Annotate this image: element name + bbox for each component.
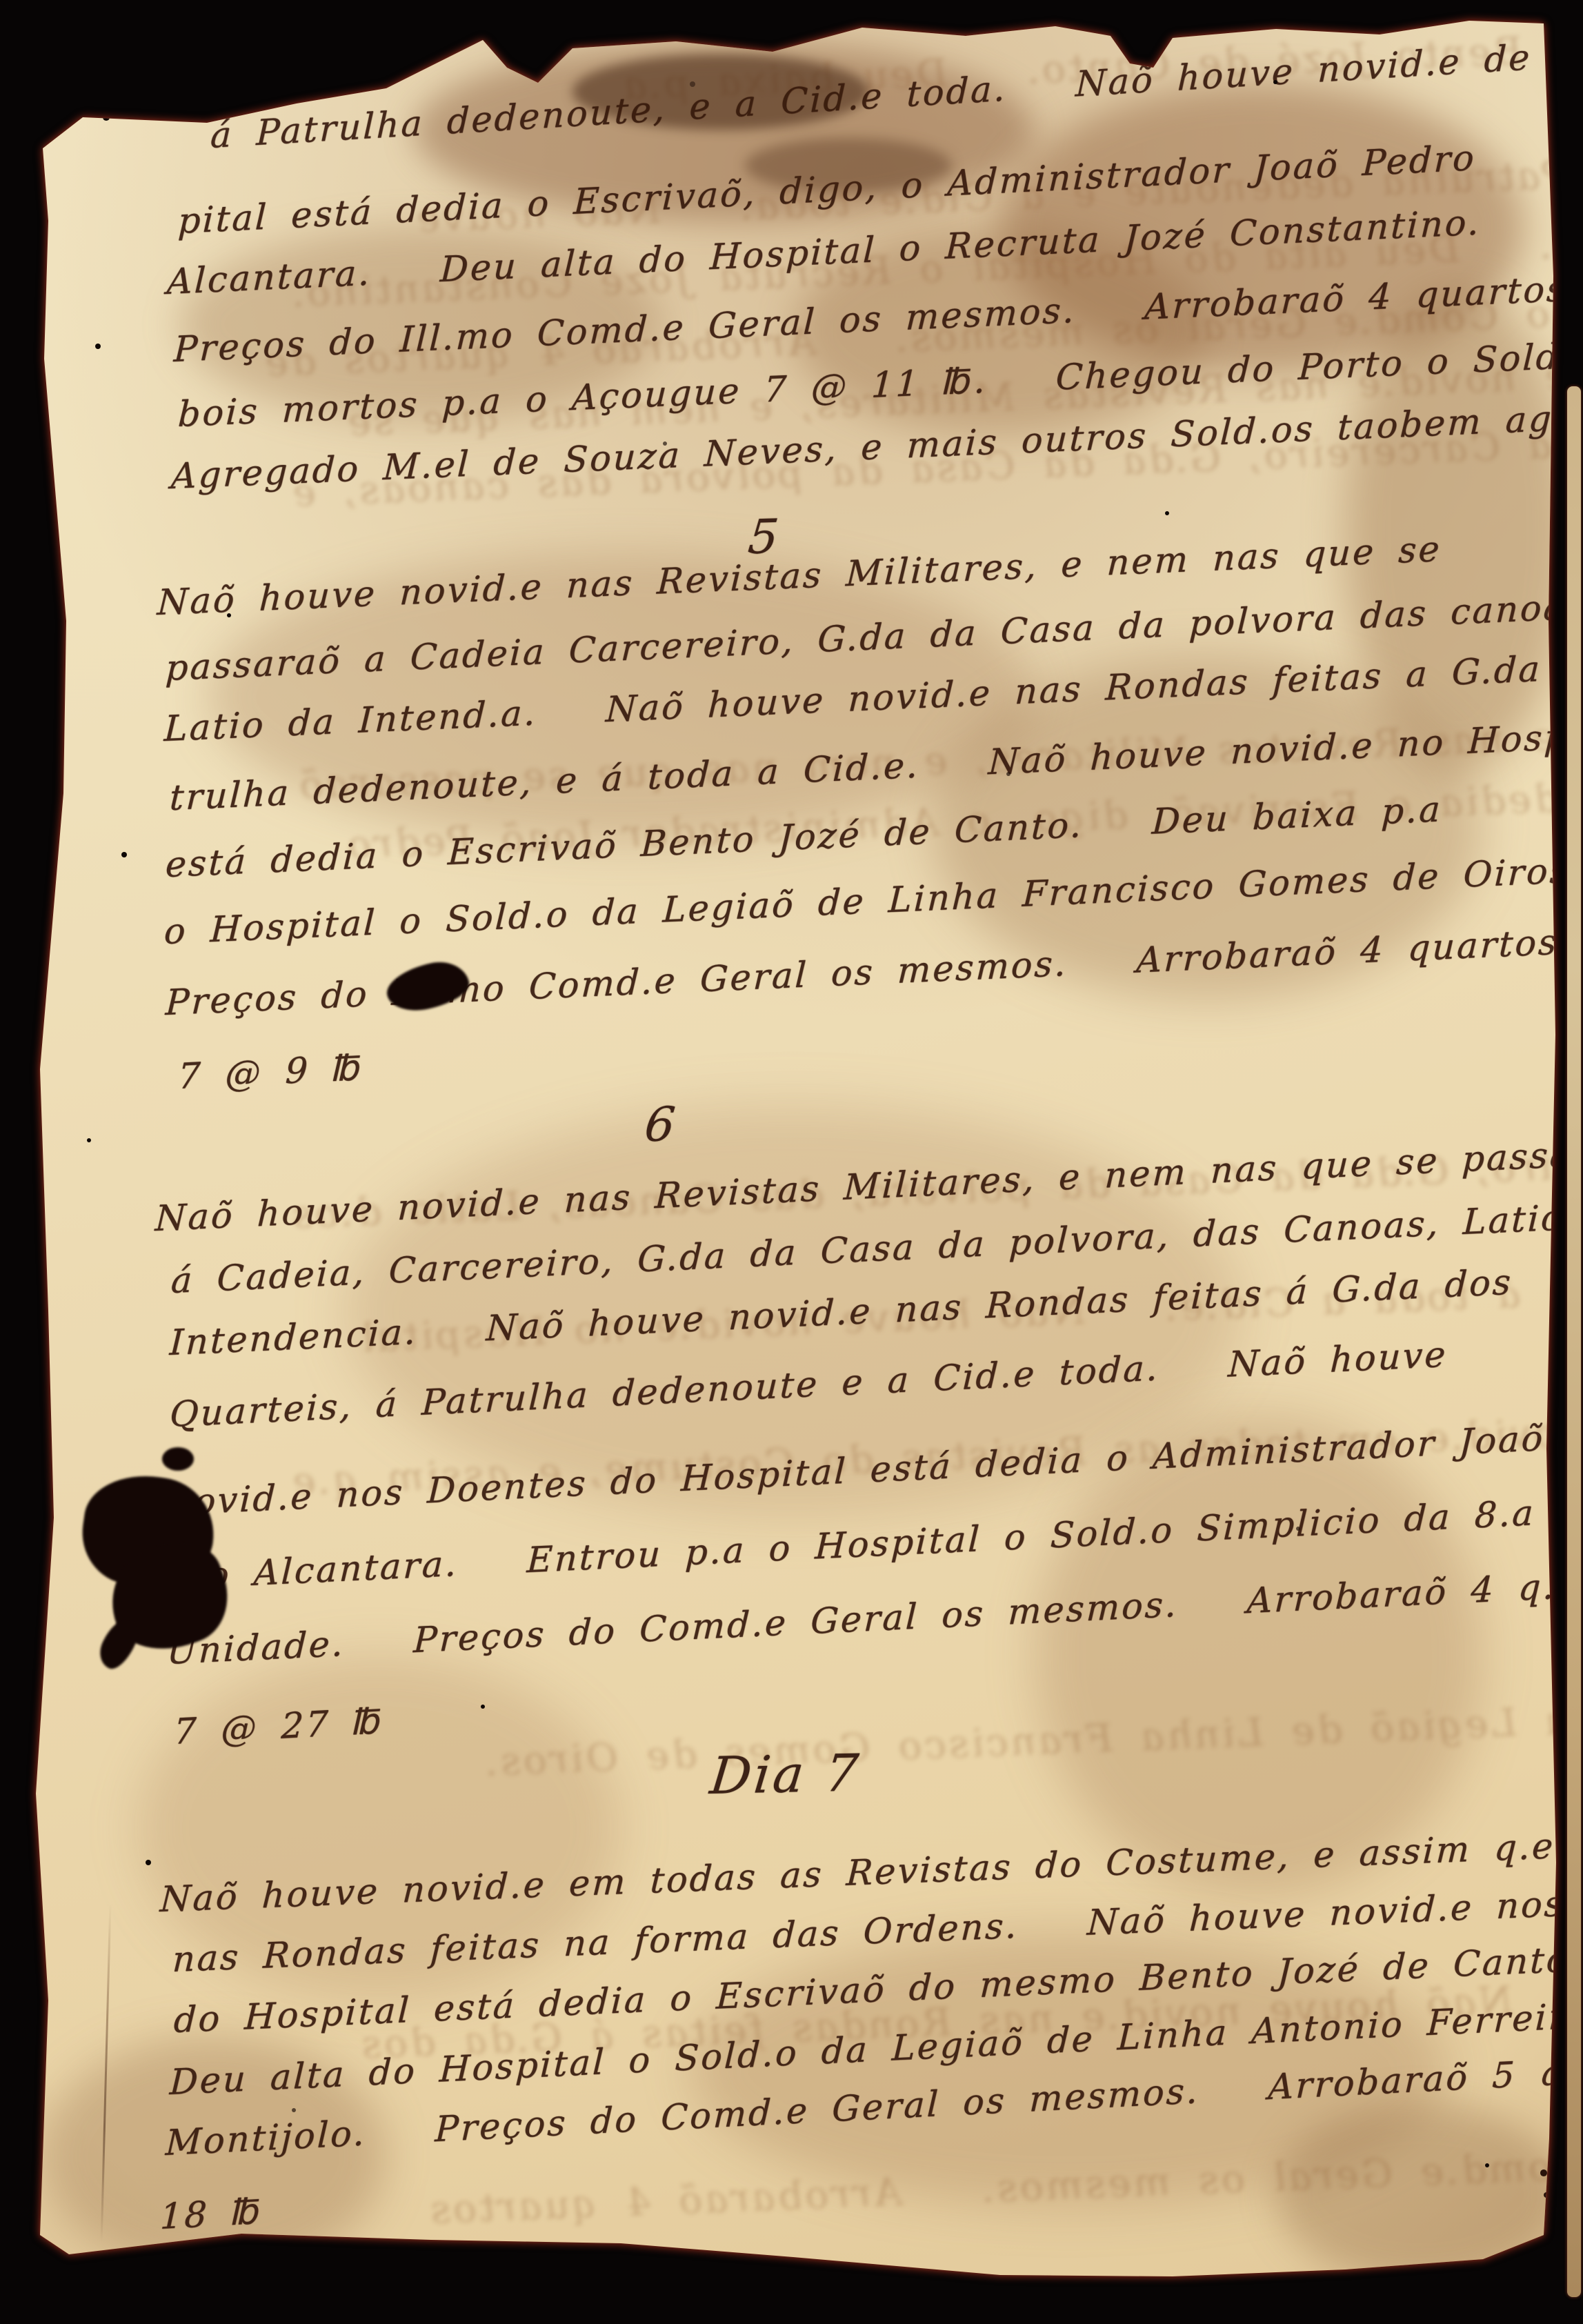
day-heading-7: Dia 7 bbox=[708, 1743, 864, 1806]
day-heading-6: 6 bbox=[642, 1098, 680, 1153]
ink-specks bbox=[0, 0, 3, 3]
paper-crease bbox=[101, 1904, 112, 2242]
manuscript-line: á Patrulha dedenoute, e a Cid.e toda. Na… bbox=[210, 29, 1583, 157]
manuscript-line: 7 @ 27 ℔ bbox=[173, 1701, 384, 1753]
paper-stain bbox=[1276, 2104, 1566, 2283]
adjacent-page-edge bbox=[1567, 386, 1581, 2297]
paper-stain bbox=[1035, 1414, 1483, 1897]
bleedthrough-text: o Hospital o Sold.o da Legiaõ de Linha F… bbox=[482, 1678, 1583, 1785]
photo-backdrop: está dedia o Escrivaõ Bento Jozé de Cant… bbox=[0, 0, 1583, 2324]
manuscript-page: está dedia o Escrivaõ Bento Jozé de Cant… bbox=[0, 0, 1583, 2324]
bleedthrough-text: Preços do Ill.mo Comd.e Geral os mesmos.… bbox=[427, 2127, 1583, 2232]
ink-blot bbox=[162, 1447, 194, 1471]
manuscript-line: 18 ℔ bbox=[159, 2192, 263, 2238]
manuscript-line: 7 @ 9 ℔ bbox=[177, 1048, 364, 1098]
